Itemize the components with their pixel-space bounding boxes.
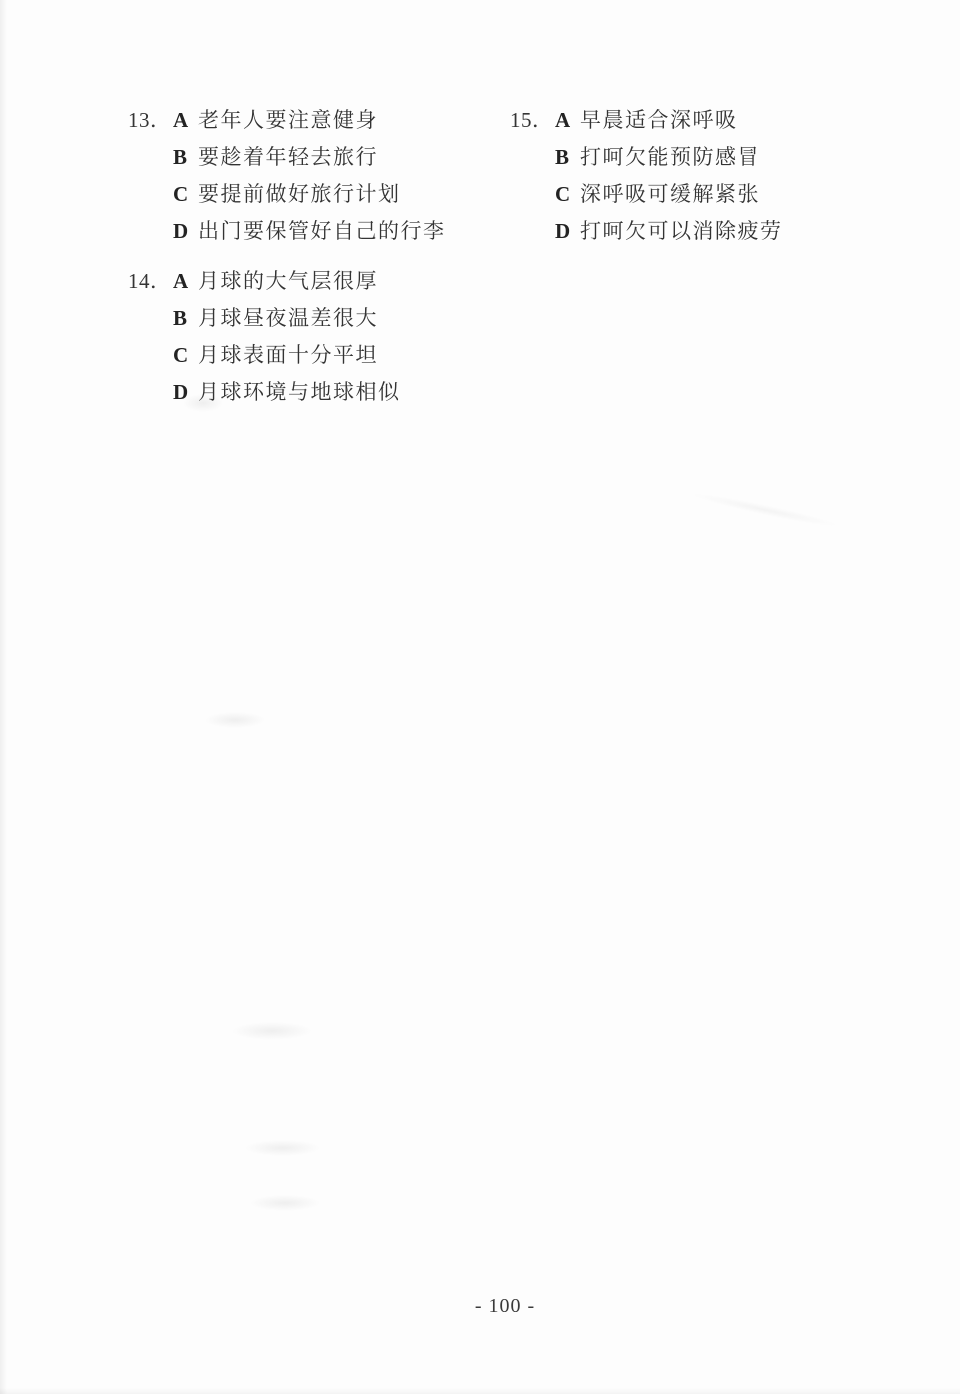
option-text: 要提前做好旅行计划 (198, 176, 401, 213)
option-letter: C (173, 337, 198, 374)
page-edge-shadow-bottom (0, 1388, 960, 1394)
option-text: 深呼吸可缓解紧张 (580, 176, 760, 213)
option-letter: D (173, 374, 198, 411)
page-edge-shadow-left (0, 0, 7, 1394)
option-text: 早晨适合深呼吸 (580, 102, 738, 139)
option-row: C 月球表面十分平坦 (128, 337, 401, 374)
option-letter: A (173, 263, 198, 300)
scan-artifact (232, 1022, 312, 1040)
scan-artifact (205, 712, 265, 728)
option-row: D 出门要保管好自己的行李 (128, 213, 446, 250)
option-text: 月球的大气层很厚 (198, 263, 378, 300)
option-letter: D (173, 213, 198, 250)
page-number: - 100 - (475, 1295, 535, 1318)
option-text: 月球表面十分平坦 (198, 337, 378, 374)
question-14: 14． A 月球的大气层很厚 B 月球昼夜温差很大 C 月球表面十分平坦 D 月… (128, 263, 401, 411)
option-letter: D (555, 213, 580, 250)
question-number: 15． (510, 102, 555, 139)
option-text: 老年人要注意健身 (198, 102, 378, 139)
option-row: B 月球昼夜温差很大 (128, 300, 401, 337)
option-text: 打呵欠可以消除疲劳 (580, 213, 783, 250)
option-row: B 要趁着年轻去旅行 (128, 139, 446, 176)
option-row: D 月球环境与地球相似 (128, 374, 401, 411)
option-row: C 深呼吸可缓解紧张 (510, 176, 783, 213)
question-15: 15． A 早晨适合深呼吸 B 打呵欠能预防感冒 C 深呼吸可缓解紧张 D 打呵… (510, 102, 783, 250)
scan-artifact (691, 490, 840, 531)
option-letter: B (173, 300, 198, 337)
option-letter: C (173, 176, 198, 213)
question-number: 13． (128, 102, 173, 139)
option-text: 月球昼夜温差很大 (198, 300, 378, 337)
option-text: 月球环境与地球相似 (198, 374, 401, 411)
scan-artifact (250, 1195, 320, 1211)
option-row: C 要提前做好旅行计划 (128, 176, 446, 213)
scan-artifact (245, 1140, 320, 1156)
option-row: 15． A 早晨适合深呼吸 (510, 102, 783, 139)
option-letter: A (555, 102, 580, 139)
question-number: 14． (128, 263, 173, 300)
option-row: 14． A 月球的大气层很厚 (128, 263, 401, 300)
option-text: 出门要保管好自己的行李 (198, 213, 446, 250)
option-text: 打呵欠能预防感冒 (580, 139, 760, 176)
scanned-exam-page: 13． A 老年人要注意健身 B 要趁着年轻去旅行 C 要提前做好旅行计划 D … (0, 0, 960, 1394)
option-letter: C (555, 176, 580, 213)
option-row: D 打呵欠可以消除疲劳 (510, 213, 783, 250)
option-row: B 打呵欠能预防感冒 (510, 139, 783, 176)
option-letter: A (173, 102, 198, 139)
question-13: 13． A 老年人要注意健身 B 要趁着年轻去旅行 C 要提前做好旅行计划 D … (128, 102, 446, 250)
option-letter: B (173, 139, 198, 176)
option-text: 要趁着年轻去旅行 (198, 139, 378, 176)
option-letter: B (555, 139, 580, 176)
option-row: 13． A 老年人要注意健身 (128, 102, 446, 139)
